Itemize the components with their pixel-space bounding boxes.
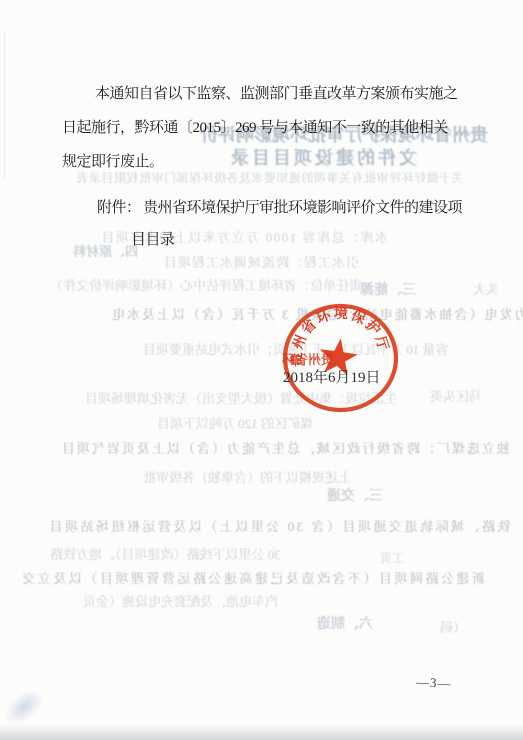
bleed-through-line: 汽车电池，及配套充电设施（金页 [83,594,278,609]
attachment-title-line: 目目录 [131,231,175,249]
bleed-through-line: 引水工程：跨流域调水工程项目 [163,255,359,270]
bleed-through-line: 四、原材料 [73,244,138,259]
bleed-through-line: 责任单位：省环境工程评估中心（环境影响评价文件） [50,278,362,293]
scan-bottom-shadow [0,724,523,740]
bleed-through-line: 三、交通 [327,489,383,504]
scan-edge-artifact [4,30,5,180]
notice-line: 规定即行废止。 [62,153,164,171]
bleed-through-line: 新建公路网项目（不含改造及已建高速公路运营管理项目）以及立交 [20,571,485,586]
document-page: 贵州省环境保护厅审批环境影响评价 文件的建设项目目录 关于做好环评审批有关事项的… [0,0,523,740]
bleed-through-line: （码 [440,620,466,635]
issue-date: 2018年6月19日 [283,366,381,387]
bleed-through-line: 三、能源 [360,283,416,298]
seal-mirrored-bleed-text: 贵州省环 [281,352,334,367]
bleed-through-line: 工页 [380,551,404,566]
bleed-through-line: 独立选煤厂：跨省级行政区域，总生产能力（含）以上及页岩气项目 [60,441,510,456]
bleed-through-line: 铁路、城际轨道交通项目（含 30 公里以上）以及营运枢纽场站项目 [47,519,511,534]
bleed-through-line: 六、制造 [317,617,373,632]
attachment-title-line: 贵州省环境保护厅审批环境影响评价文件的建设项 [143,199,462,217]
bleed-through-line: 头大 [473,282,499,297]
bleed-through-line: 煤矿区的 120 万吨以下项目 [157,416,313,431]
notice-line: 日起施行，黔环通〔2015〕269 号与本通知不一致的其他相关 [62,119,448,137]
bleed-through-line: 关于做好环评审批有关事项的通知要求及各级环保部门审批权限目录表 [76,171,464,186]
bleed-through-line: 30 公里以下线路（改建项目）、地方铁路 [50,547,281,562]
notice-line: 本通知自省以下监察、监测部门垂直改革方案颁布实施之 [95,85,458,103]
bleed-through-line: 马区头英 [430,389,482,404]
bleed-through-heading: 文件的建设项目目录 [228,151,417,166]
page-number: —3— [416,674,452,692]
bleed-through-line: 上述规模以下的（含单独）各级审批 [143,470,351,485]
official-seal: 贵州省环境保护厅 贵州省环 [281,302,401,416]
attachment-label: 附件： [97,199,141,217]
